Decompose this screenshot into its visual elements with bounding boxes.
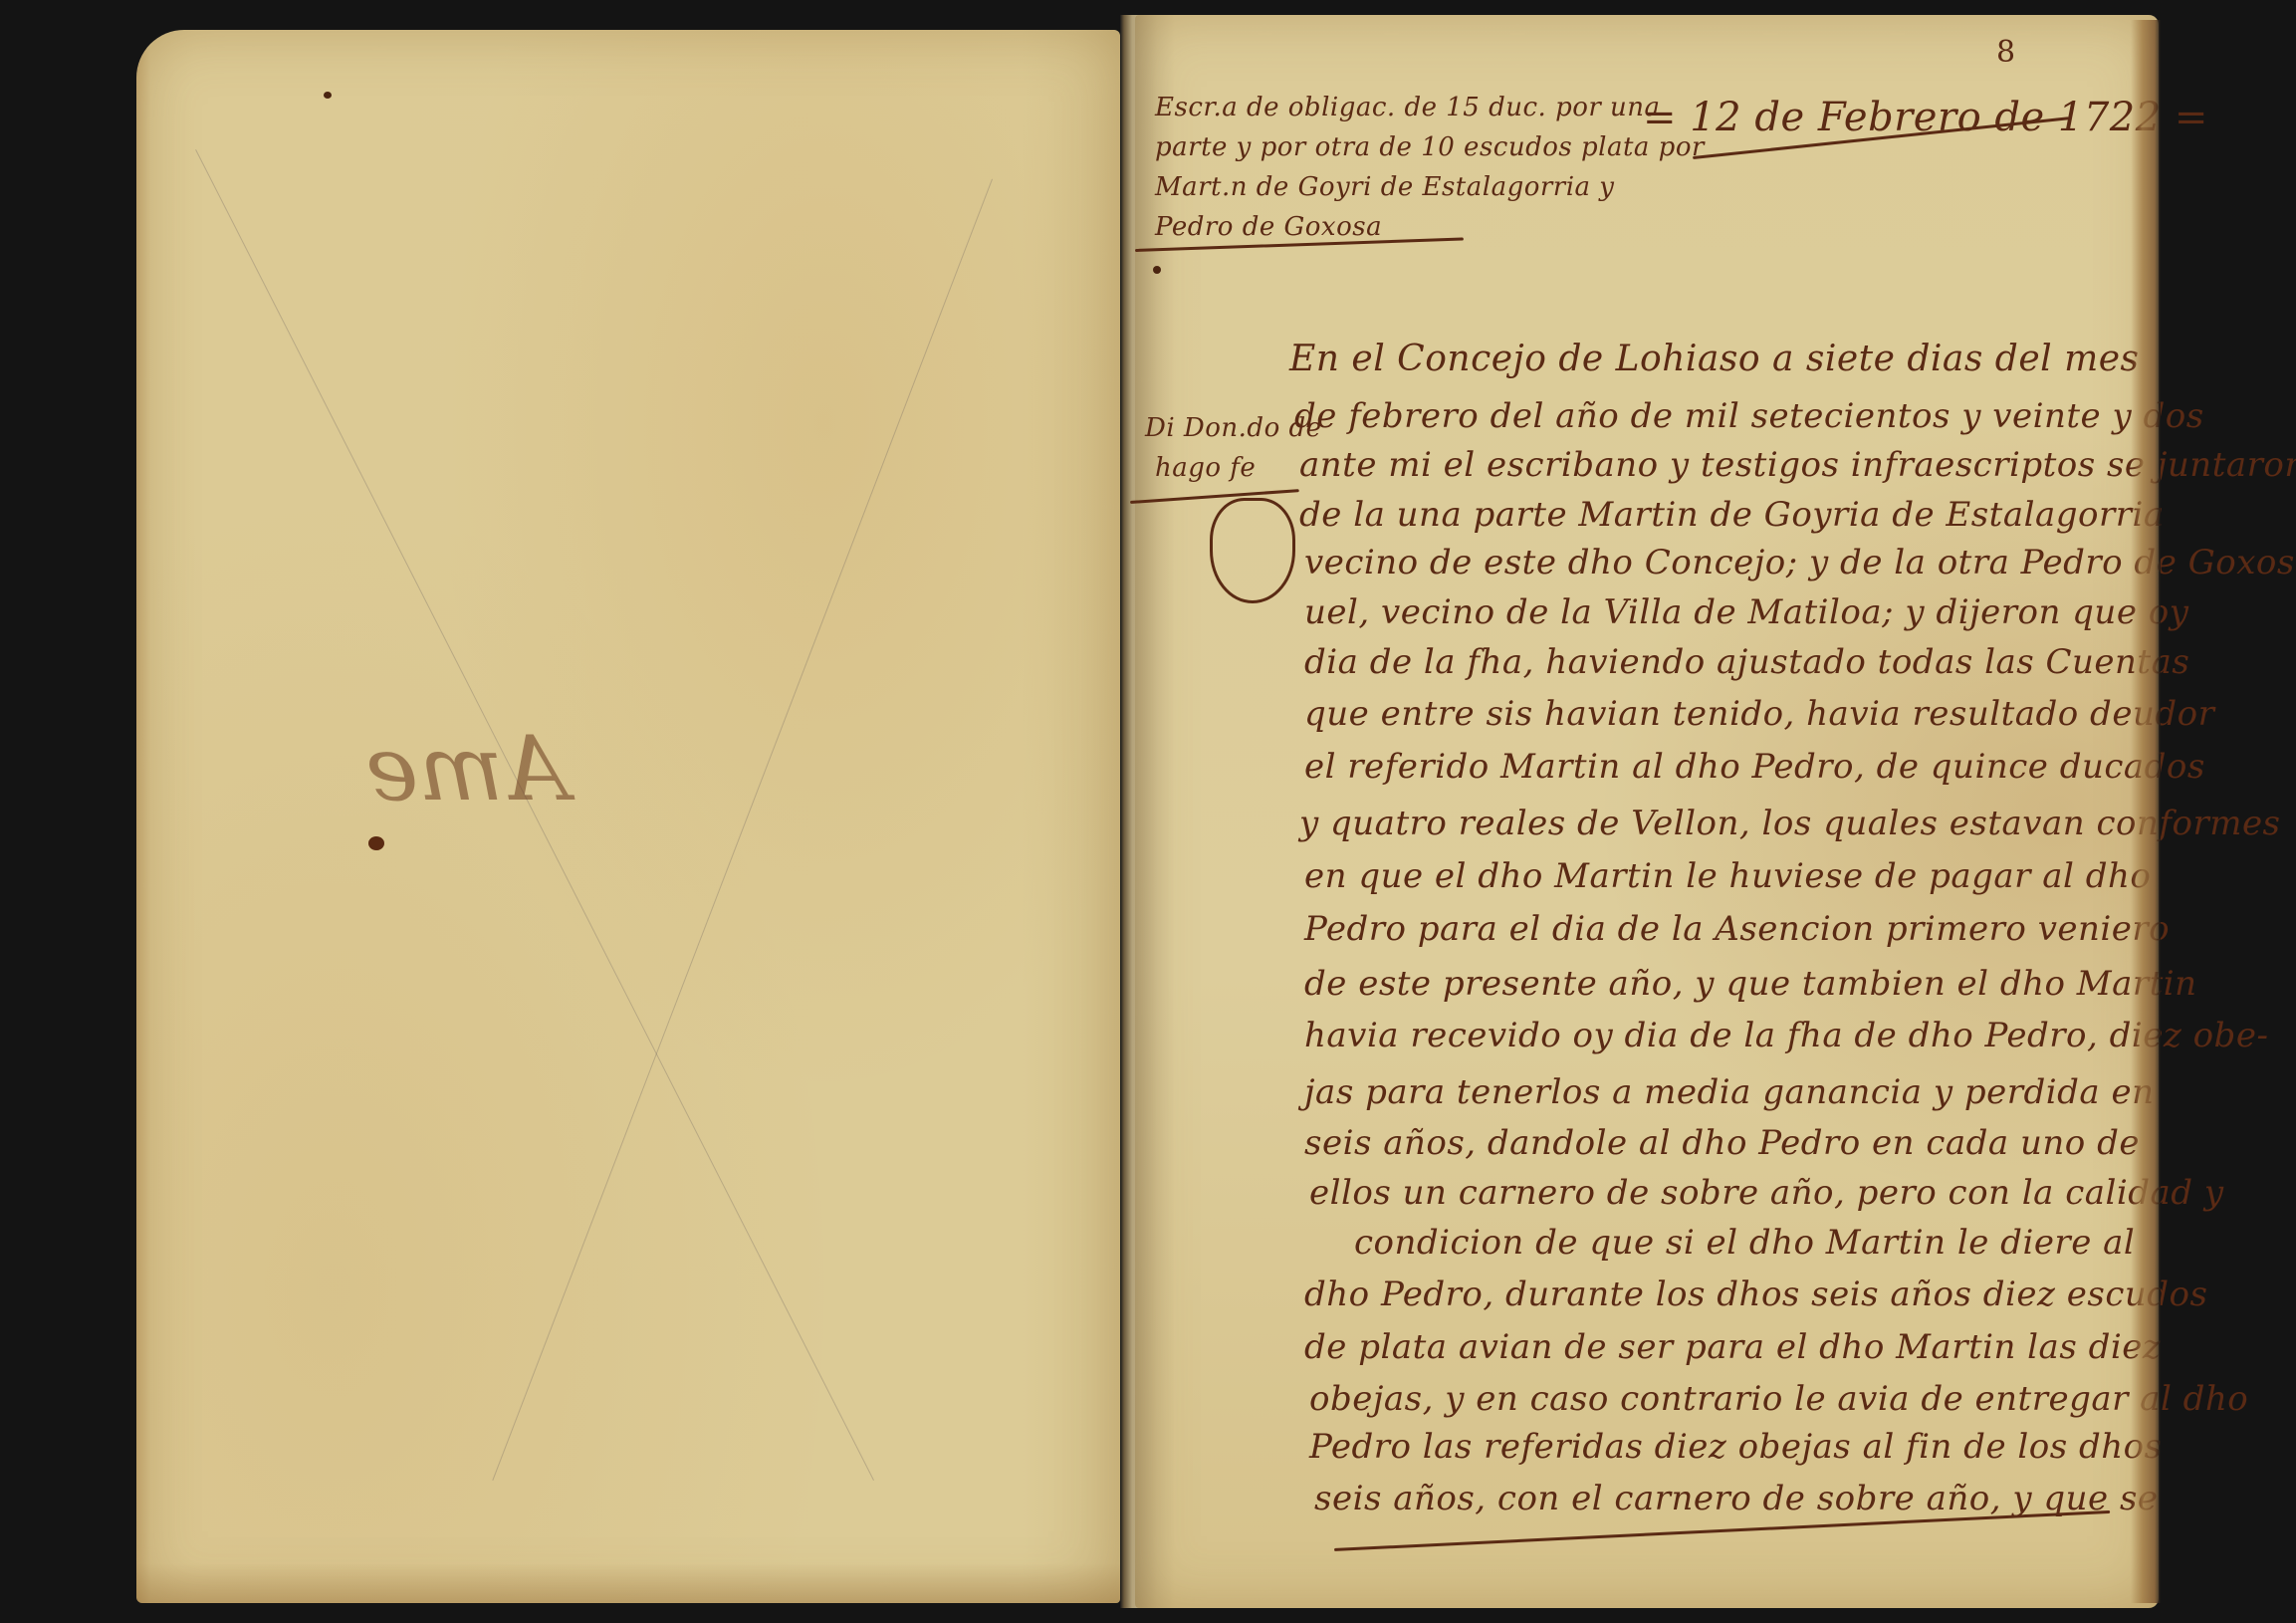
right-page: 8 Escr.a de obligac. de 15 duc. por una … [1135,15,2159,1608]
header-line: parte y por otra de 10 escudos plata por [1155,132,1705,162]
header-line: Pedro de Goxosa [1155,212,1382,242]
body-line: dia de la fha, haviendo ajustado todas l… [1304,642,2189,682]
body-line: seis años, dandole al dho Pedro en cada … [1304,1123,2140,1163]
body-line: dho Pedro, durante los dhos seis años di… [1304,1275,2207,1314]
margin-note-line: hago fe [1155,453,1256,483]
body-line: de plata avian de ser para el dho Martin… [1304,1327,2161,1367]
body-line: seis años, con el carnero de sobre año, … [1314,1479,2159,1518]
ink-spot [1153,266,1161,274]
notary-flourish-icon [1210,498,1295,603]
fold-line-right [492,179,993,1481]
body-line: Pedro las referidas diez obejas al fin d… [1309,1427,2163,1467]
body-line: en que el dho Martin le huviese de pagar… [1304,856,2151,896]
body-line: havia recevido oy dia de la fha de dho P… [1304,1016,2268,1055]
body-line: el referido Martin al dho Pedro, de quin… [1304,747,2205,787]
header-line: Mart.n de Goyri de Estalagorria y [1155,172,1615,202]
body-line: que entre sis havian tenido, havia resul… [1304,694,2214,734]
right-page-edge [2131,20,2161,1603]
body-line: Pedro para el dia de la Asencion primero… [1304,909,2170,949]
ink-spot [324,92,332,99]
header-line: Escr.a de obligac. de 15 duc. por una [1155,93,1661,122]
page-number: 8 [1996,35,2016,70]
body-line: obejas, y en caso contrario le avia de e… [1309,1379,2248,1419]
body-line: de la una parte Martin de Goyria de Esta… [1299,495,2165,535]
body-line: uel, vecino de la Villa de Matiloa; y di… [1304,592,2188,632]
body-line: de febrero del año de mil setecientos y … [1294,396,2204,436]
body-line: condicion de que si el dho Martin le die… [1354,1223,2135,1263]
body-line: jas para tenerlos a media ganancia y per… [1304,1072,2155,1112]
left-page: Ame [136,30,1120,1603]
ink-spot [368,836,384,850]
body-line: ellos un carnero de sobre año, pero con … [1309,1173,2224,1213]
bleed-through-signature: Ame [365,717,569,821]
body-line: de este presente año, y que tambien el d… [1304,964,2197,1004]
body-line: En el Concejo de Lohiaso a siete dias de… [1289,339,2140,379]
